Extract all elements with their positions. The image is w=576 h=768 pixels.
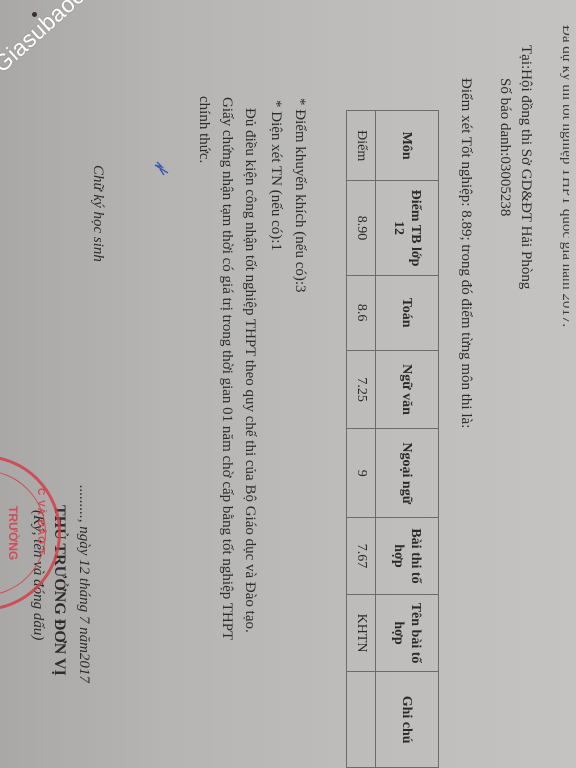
header-literature: Ngữ văn (376, 350, 439, 429)
cell-notes (347, 672, 376, 768)
header-combined-exam: Bài thi tổ hợp (376, 518, 439, 595)
header-gpa-12: Điểm TB lớp 12 (376, 181, 439, 275)
header-cut-text: Đã dự kỳ thi tốt nghiệp THPT quốc gia nă… (558, 25, 575, 327)
graduation-score-line: Điểm xét Tốt nghiệp: 8.89; trong đó điểm… (457, 78, 474, 428)
candidate-number: Số báo danh:03005238 (496, 78, 513, 216)
table-header-row: Môn Điểm TB lớp 12 Toán Ngữ văn Ngoại ng… (376, 111, 439, 768)
cell-foreign-language: 9 (347, 429, 376, 518)
header-subject: Môn (376, 111, 439, 181)
student-signature-label: Chữ ký học sinh (89, 165, 106, 262)
cell-combined-exam: 7.67 (347, 518, 376, 595)
exam-place: Tại:Hội đồng thi Sở GD&ĐT Hải Phòng (517, 45, 534, 289)
cell-literature: 7.25 (347, 350, 376, 429)
cell-combined-name: KHTN (347, 594, 376, 671)
cell-gpa-12: 8.90 (347, 181, 376, 275)
stamp-outer-text: C VÀ ĐÀO T (35, 488, 46, 556)
header-notes: Ghi chú (376, 672, 439, 768)
row-label: Điểm (347, 111, 376, 181)
stamp-inner-text: TRƯỜNG (6, 506, 20, 560)
issue-date: ........., ngày 12 tháng 7 năm2017 (75, 485, 92, 683)
eligibility-statement: Đủ điều kiện công nhận tốt nghiệp THPT t… (241, 108, 258, 633)
certificate-validity-line-2: chính thức. (195, 96, 212, 163)
header-foreign-language: Ngoại ngữ (376, 429, 439, 518)
table-row: Điểm 8.90 8.6 7.25 9 7.67 KHTN (347, 111, 376, 768)
cell-math: 8.6 (347, 275, 376, 350)
pen-check-mark-icon (151, 160, 171, 178)
certificate-page: Đã dự kỳ thi tốt nghiệp THPT quốc gia nă… (0, 0, 576, 768)
header-math: Toán (376, 275, 439, 350)
certificate-validity-line-1: Giấy chứng nhận tạm thời có giá trị tron… (218, 97, 235, 640)
bonus-points: * Điểm khuyến khích (nếu có):3 (291, 98, 308, 293)
tn-remark: * Diện xét TN (nếu có):1 (267, 100, 284, 251)
score-table: Môn Điểm TB lớp 12 Toán Ngữ văn Ngoại ng… (346, 110, 439, 768)
header-combined-name: Tên bài tổ hợp (376, 594, 439, 671)
